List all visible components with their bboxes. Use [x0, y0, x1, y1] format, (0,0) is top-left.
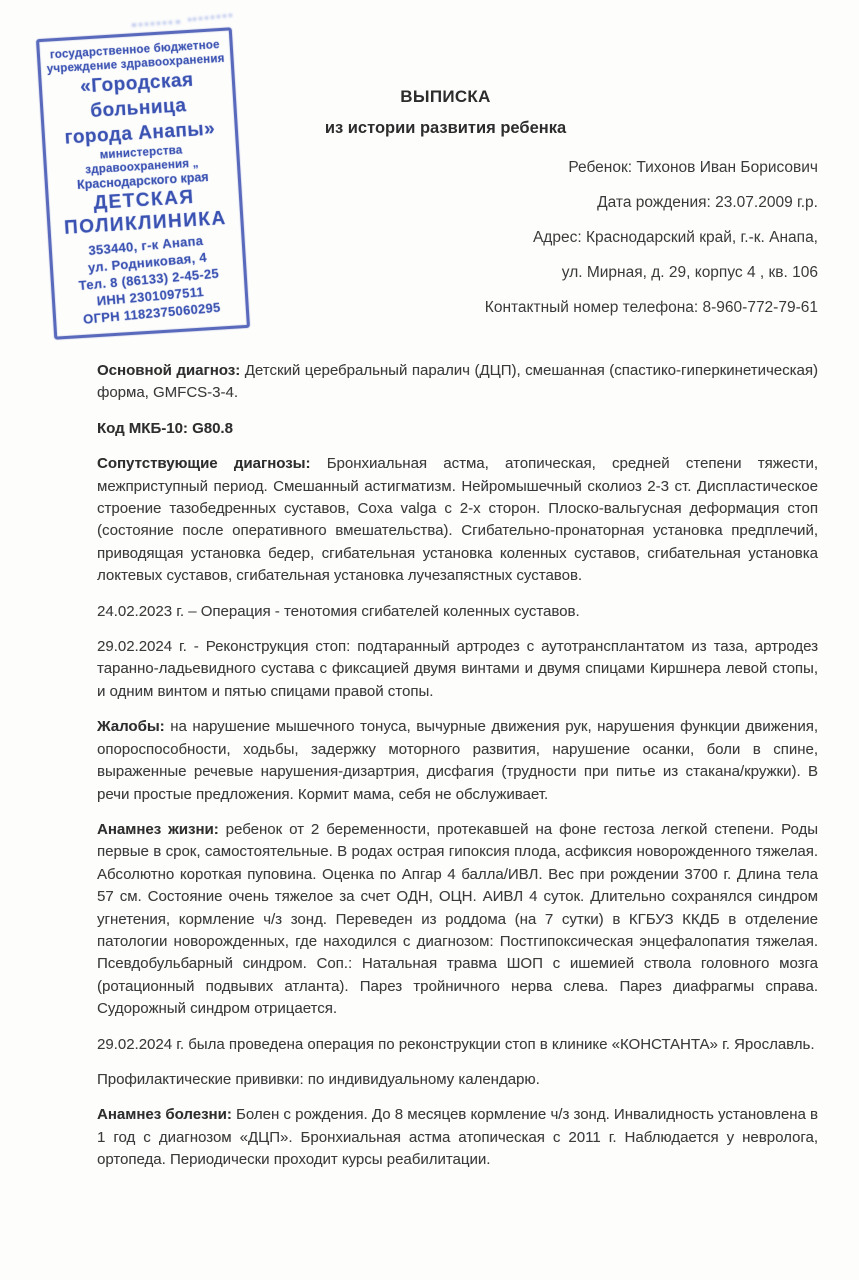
stamp-address-block: 353440, г-к Анапа ул. Родниковая, 4 Тел.…: [53, 229, 244, 330]
paragraph-operation-2024: 29.02.2024 г. - Реконструкция стоп: подт…: [97, 636, 818, 703]
paragraph-surgery-note: 29.02.2024 г. была проведена операция по…: [97, 1034, 818, 1056]
label-comorbid-diagnoses: Сопутствующие диагнозы:: [97, 455, 327, 472]
text-vaccinations: Профилактические прививки: по индивидуал…: [97, 1071, 540, 1088]
hospital-stamp: государственное бюджетное учреждение здр…: [36, 27, 250, 339]
document-title: ВЫПИСКА: [16, 87, 859, 107]
label-icd-code: Код МКБ-10: G80.8: [97, 420, 233, 437]
paragraph-operation-2023: 24.02.2023 г. – Операция - тенотомия сги…: [97, 601, 818, 623]
paragraph-vaccinations: Профилактические прививки: по индивидуал…: [97, 1069, 818, 1091]
label-life-anamnesis: Анамнез жизни:: [97, 821, 226, 838]
text-life-anamnesis: ребенок от 2 беременности, протекавшей н…: [97, 821, 818, 1017]
paragraph-main-diagnosis: Основной диагноз: Детский церебральный п…: [97, 360, 818, 405]
paragraph-icd-code: Код МКБ-10: G80.8: [97, 418, 818, 440]
text-operation-2024: 29.02.2024 г. - Реконструкция стоп: подт…: [97, 638, 818, 700]
ink-smudge: [188, 14, 232, 22]
text-operation-2023: 24.02.2023 г. – Операция - тенотомия сги…: [97, 603, 580, 620]
ink-smudge: [132, 20, 180, 26]
patient-birthdate: Дата рождения: 23.07.2009 г.р.: [485, 185, 818, 220]
paragraph-life-anamnesis: Анамнез жизни: ребенок от 2 беременности…: [97, 819, 818, 1021]
label-main-diagnosis: Основной диагноз:: [97, 362, 245, 379]
paragraph-disease-anamnesis: Анамнез болезни: Болен с рождения. До 8 …: [97, 1104, 818, 1171]
paragraph-comorbid-diagnoses: Сопутствующие диагнозы: Бронхиальная аст…: [97, 453, 818, 587]
patient-name: Ребенок: Тихонов Иван Борисович: [485, 150, 818, 185]
document-header: ВЫПИСКА из истории развития ребенка: [16, 87, 859, 138]
label-disease-anamnesis: Анамнез болезни:: [97, 1106, 236, 1123]
patient-phone: Контактный номер телефона: 8-960-772-79-…: [485, 290, 818, 325]
document-body: Основной диагноз: Детский церебральный п…: [97, 360, 818, 1185]
document-page: государственное бюджетное учреждение здр…: [0, 0, 859, 1280]
patient-info-block: Ребенок: Тихонов Иван Борисович Дата рож…: [485, 150, 818, 325]
patient-address-line1: Адрес: Краснодарский край, г.-к. Анапа,: [485, 220, 818, 255]
paragraph-complaints: Жалобы: на нарушение мышечного тонуса, в…: [97, 716, 818, 806]
label-complaints: Жалобы:: [97, 718, 170, 735]
document-subtitle: из истории развития ребенка: [16, 119, 859, 138]
text-comorbid-diagnoses: Бронхиальная астма, атопическая, средней…: [97, 455, 818, 584]
patient-address-line2: ул. Мирная, д. 29, корпус 4 , кв. 106: [485, 255, 818, 290]
text-complaints: на нарушение мышечного тонуса, вычурные …: [97, 718, 818, 802]
text-surgery-note: 29.02.2024 г. была проведена операция по…: [97, 1036, 815, 1053]
